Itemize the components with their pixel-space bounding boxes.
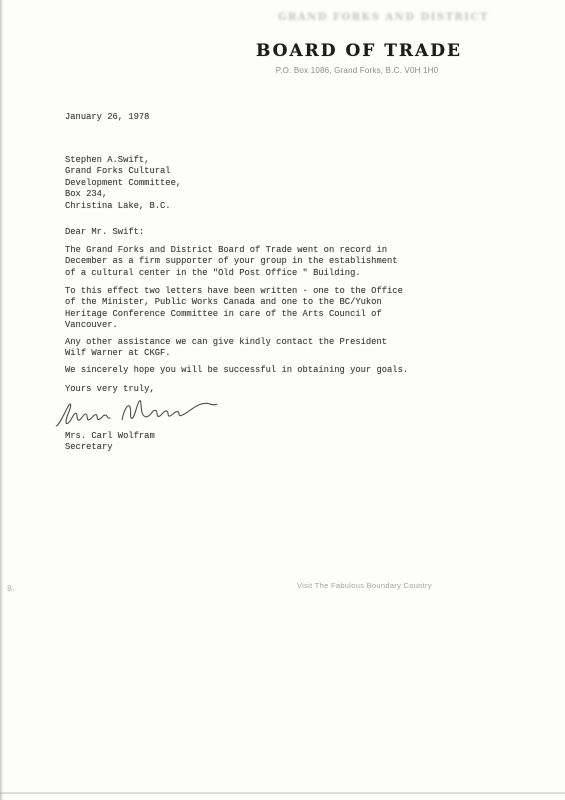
body-paragraph-3: Any other assistance we can give kindly … [65, 337, 415, 360]
recipient-address-block: Stephen A.Swift, Grand Forks Cultural De… [65, 155, 415, 212]
body-paragraph-1: The Grand Forks and District Board of Tr… [65, 245, 415, 279]
pencil-margin-mark: 8. [7, 584, 16, 594]
scanned-letter-page: GRAND FORKS AND DISTRICT BOARD OF TRADE … [0, 0, 565, 800]
body-paragraph-2: To this effect two letters have been wri… [65, 286, 415, 332]
letterhead-address: P.O. Box 1086, Grand Forks, B.C. V0H 1H0 [252, 66, 462, 75]
faded-letterhead-stamp: GRAND FORKS AND DISTRICT [278, 12, 462, 23]
date-line: January 26, 1978 [65, 112, 415, 123]
closing-line: Yours very truly, [65, 384, 415, 395]
body-paragraph-4: We sincerely hope you will be successful… [65, 365, 485, 376]
left-scan-edge [0, 0, 4, 800]
footer-slogan-text: Visit The Fabulous Boundary Country [297, 581, 432, 590]
signer-title-line: Secretary [65, 442, 415, 453]
bottom-scan-edge [0, 792, 565, 794]
salutation-line: Dear Mr. Swift: [65, 227, 415, 238]
board-of-trade-logo: BOARD OF TRADE [256, 41, 458, 61]
signer-name-line: Mrs. Carl Wolfram [65, 431, 415, 442]
